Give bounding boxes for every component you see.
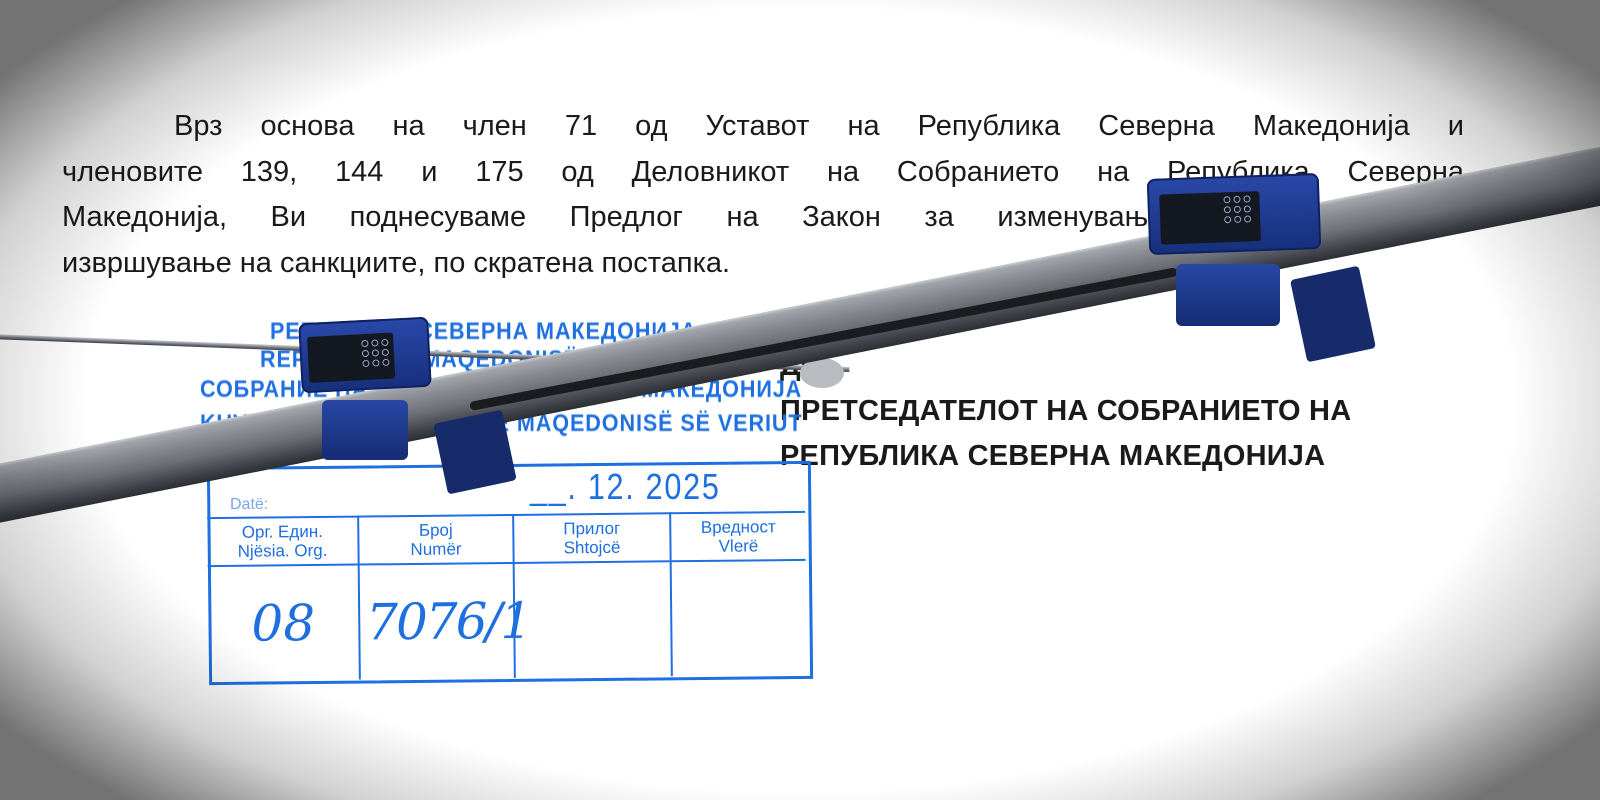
camera-control-box (322, 400, 408, 460)
stamp-date-label: Datë: (230, 496, 268, 514)
column-label-mk: Број (359, 520, 512, 541)
column-label-mk: Орг. Един. (207, 522, 357, 543)
stamp-org-unit-value: 08 (208, 564, 359, 682)
stamp-attachment-value (513, 560, 671, 678)
camera-mount-clamp (1290, 266, 1376, 363)
stamp-column-header: Вредност Vlerë (669, 511, 805, 560)
stamp-date: __. 12. 2025 (530, 466, 721, 508)
stamp-value-value (670, 559, 807, 676)
camera-control-box (1176, 264, 1280, 326)
column-label-sq: Vlerë (671, 536, 805, 556)
camera-housing (1147, 173, 1322, 255)
camera-mount-clamp (433, 410, 516, 495)
column-label-mk: Прилог (514, 518, 669, 539)
stamp-column-header: Орг. Един. Njësia. Org. (207, 516, 357, 566)
speed-camera (1148, 176, 1388, 376)
addressee-title: ПРЕТСЕДАТЕЛОТ НА СОБРАНИЕТО НА (780, 389, 1351, 434)
column-label-mk: Вредност (671, 517, 805, 537)
camera-ir-leds (1223, 195, 1251, 223)
document-page: Врз основа на член 71 од Уставот на Репу… (0, 0, 1600, 800)
stamp-table: Орг. Един. Njësia. Org. Број Numër Прило… (207, 511, 807, 681)
camera-housing (298, 317, 431, 394)
stamp-column-header: Број Numër (357, 514, 512, 564)
addressee-country: РЕПУБЛИКА СЕВЕРНА МАКЕДОНИЈА (780, 434, 1351, 479)
stamp-number-value: 7076/1 (358, 562, 514, 680)
speed-camera (300, 320, 540, 500)
column-label-sq: Shtojcë (514, 537, 669, 558)
column-label-sq: Njësia. Org. (207, 541, 357, 562)
camera-ir-leds (361, 339, 389, 367)
paragraph-line: Врз основа на член 71 од Уставот на Репу… (62, 104, 1464, 150)
column-label-sq: Numër (359, 539, 512, 560)
stamp-column-header: Прилог Shtojcë (512, 512, 669, 562)
